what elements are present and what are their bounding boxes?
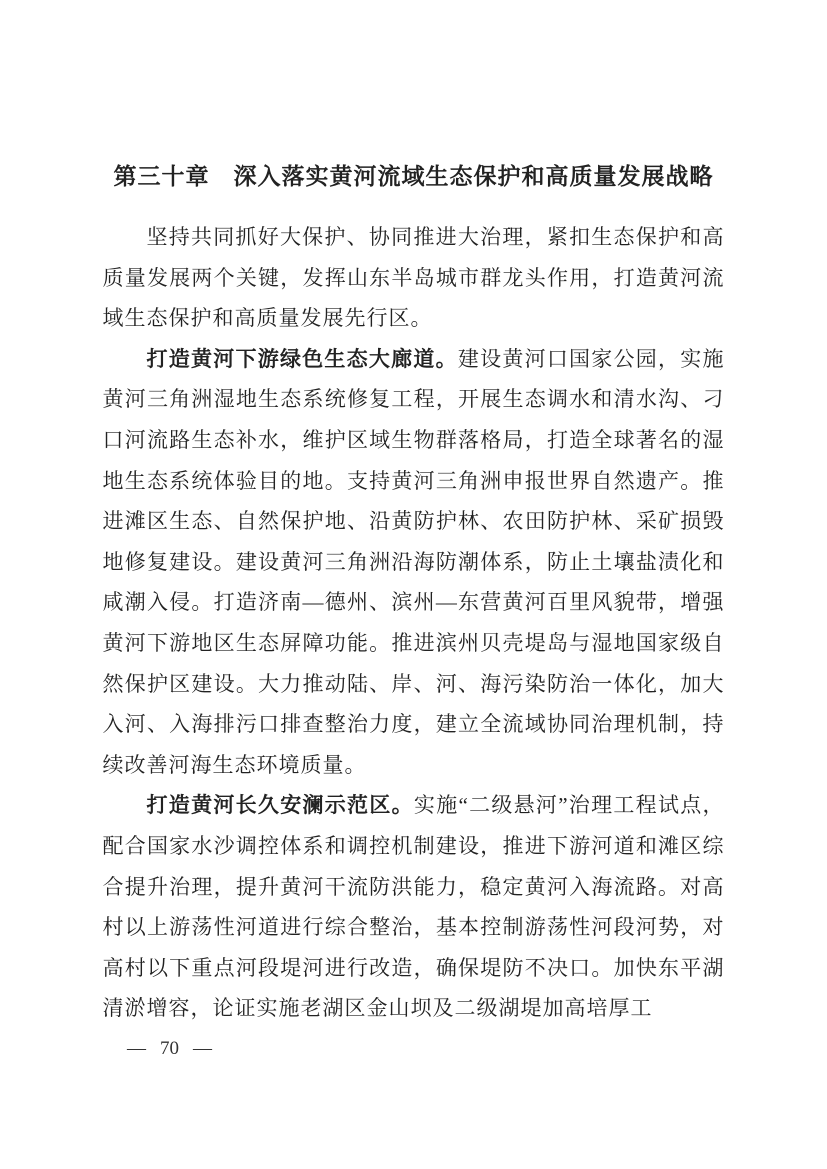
document-page: 第三十章 深入落实黄河流域生态保护和高质量发展战略 坚持共同抓好大保护、协同推进… [0,0,827,1169]
paragraph: 打造黄河下游绿色生态大廊道。建设黄河口国家公园，实施黄河三角洲湿地生态系统修复工… [103,339,725,786]
chapter-title: 第三十章 深入落实黄河流域生态保护和高质量发展战略 [0,0,827,196]
paragraph-lead: 打造黄河下游绿色生态大廊道。 [147,347,458,371]
paragraph: 打造黄河长久安澜示范区。实施“二级悬河”治理工程试点，配合国家水沙调控体系和调控… [103,785,725,1029]
footer-right-dash: — [193,1036,212,1062]
document-body: 坚持共同抓好大保护、协同推进大治理，紧扣生态保护和高质量发展两个关键，发挥山东半… [103,217,725,1029]
paragraph-text: 实施“二级悬河”治理工程试点，配合国家水沙调控体系和调控机制建设，推进下游河道和… [103,793,725,1020]
paragraph-lead: 打造黄河长久安澜示范区。 [147,793,414,817]
paragraph: 坚持共同抓好大保护、协同推进大治理，紧扣生态保护和高质量发展两个关键，发挥山东半… [103,217,725,339]
paragraph-text: 建设黄河口国家公园，实施黄河三角洲湿地生态系统修复工程，开展生态调水和清水沟、刁… [103,347,725,777]
page-footer: — 70 — [127,1036,212,1062]
page-number: 70 [160,1036,179,1062]
footer-left-dash: — [127,1036,146,1062]
paragraph-text: 坚持共同抓好大保护、协同推进大治理，紧扣生态保护和高质量发展两个关键，发挥山东半… [103,225,725,330]
